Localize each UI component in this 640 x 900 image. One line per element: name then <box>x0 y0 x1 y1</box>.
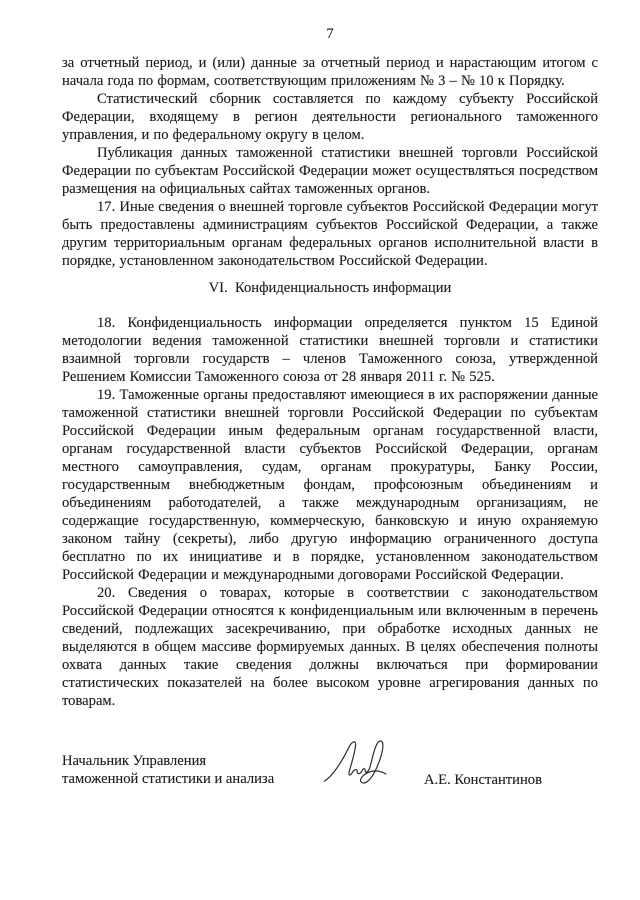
paragraph-publication: Публикация данных таможенной статистики … <box>62 144 598 198</box>
paragraph-item-19: 19. Таможенные органы предоставляют имею… <box>62 386 598 584</box>
paragraph-item-18: 18. Конфиденциальность информации опреде… <box>62 314 598 386</box>
page-number: 7 <box>62 26 598 43</box>
paragraph-item-20: 20. Сведения о товарах, которые в соотве… <box>62 584 598 710</box>
handwritten-signature <box>322 735 402 793</box>
paragraph-item-17: 17. Иные сведения о внешней торговле суб… <box>62 198 598 270</box>
section-heading-vi: VI. Конфиденциальность информации <box>62 279 598 297</box>
signatory-title-line-1: Начальник Управления <box>62 753 274 771</box>
signatory-title: Начальник Управления таможенной статисти… <box>62 753 274 788</box>
paragraph-statistical-digest: Статистический сборник составляется по к… <box>62 90 598 144</box>
signatory-name: А.Е. Константинов <box>424 771 542 789</box>
document-page: 7 за отчетный период, и (или) данные за … <box>0 0 640 900</box>
paragraph-continuation: за отчетный период, и (или) данные за от… <box>62 54 598 90</box>
signature-block: Начальник Управления таможенной статисти… <box>62 741 598 811</box>
signatory-title-line-2: таможенной статистики и анализа <box>62 771 274 789</box>
